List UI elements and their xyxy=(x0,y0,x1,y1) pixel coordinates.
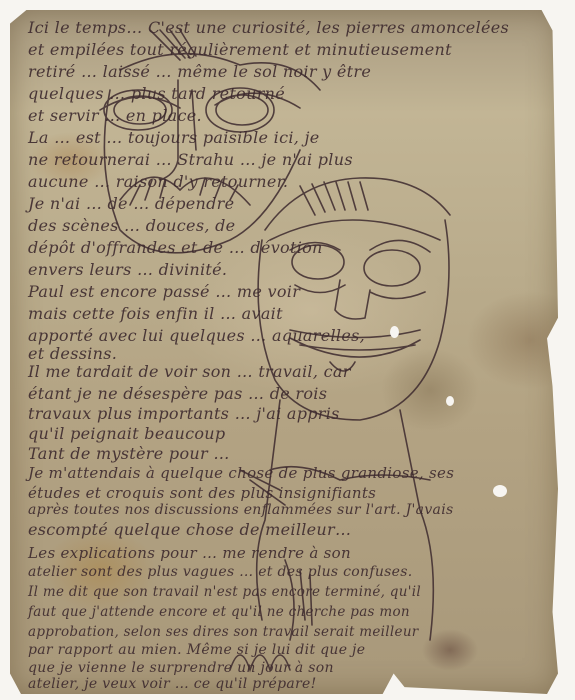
manuscript-line: La … est … toujours paisible ici, je xyxy=(28,128,320,147)
manuscript-line: dépôt d'offrandes et de … dévotion xyxy=(28,238,323,257)
manuscript-line: Paul est encore passé … me voir xyxy=(28,282,300,301)
manuscript-line: Il me tardait de voir son … travail, car xyxy=(28,362,351,381)
manuscript-line: Tant de mystère pour … xyxy=(28,444,230,463)
manuscript-line: atelier sont des plus vagues … et des pl… xyxy=(28,564,412,580)
manuscript-line: atelier, je veux voir … ce qu'il prépare… xyxy=(28,676,317,692)
manuscript-line: et servir … en place. xyxy=(28,106,202,125)
manuscript-line: ne retournerai … Strahu … je n'ai plus xyxy=(28,150,353,169)
manuscript-line: apporté avec lui quelques … aquarelles, xyxy=(28,326,365,345)
manuscript-line: quelques … plus tard retourné xyxy=(28,84,285,103)
manuscript-line: travaux plus importants … j'ai appris xyxy=(28,404,340,423)
manuscript-line: Ici le temps… C'est une curiosité, les p… xyxy=(28,18,509,37)
manuscript-line: envers leurs … divinité. xyxy=(28,260,227,279)
manuscript-line: Je n'ai … de … dépendre xyxy=(28,194,234,213)
manuscript-line: des scènes … douces, de xyxy=(28,216,235,235)
manuscript-line: retiré … laissé … même le sol noir y êtr… xyxy=(28,62,371,81)
manuscript-line: après toutes nos discussions enflammées … xyxy=(28,502,453,518)
manuscript-line: Il me dit que son travail n'est pas enco… xyxy=(28,584,421,600)
manuscript-line: Les explications pour … me rendre à son xyxy=(28,544,351,562)
manuscript-line: faut que j'attende encore et qu'il ne ch… xyxy=(28,604,410,620)
manuscript-line: qu'il peignait beaucoup xyxy=(28,424,225,443)
manuscript-line: mais cette fois enfin il … avait xyxy=(28,304,283,323)
manuscript-line: Je m'attendais à quelque chose de plus g… xyxy=(28,464,454,482)
manuscript-line: par rapport au mien. Même si je lui dit … xyxy=(28,642,365,658)
manuscript-line: et empilées tout régulièrement et minuti… xyxy=(28,40,452,59)
manuscript-line: escompté quelque chose de meilleur… xyxy=(28,520,351,539)
manuscript-line: études et croquis sont des plus insignif… xyxy=(28,484,376,502)
manuscript-line: étant je ne désespère pas … de rois xyxy=(28,384,327,403)
manuscript-line: et dessins. xyxy=(28,344,117,363)
manuscript-line: que je vienne le surprendre un jour à so… xyxy=(28,660,334,676)
handwritten-text: Ici le temps… C'est une curiosité, les p… xyxy=(0,0,575,700)
manuscript-line: approbation, selon ses dires son travail… xyxy=(28,624,419,640)
manuscript-line: aucune … raison d'y retourner. xyxy=(28,172,288,191)
